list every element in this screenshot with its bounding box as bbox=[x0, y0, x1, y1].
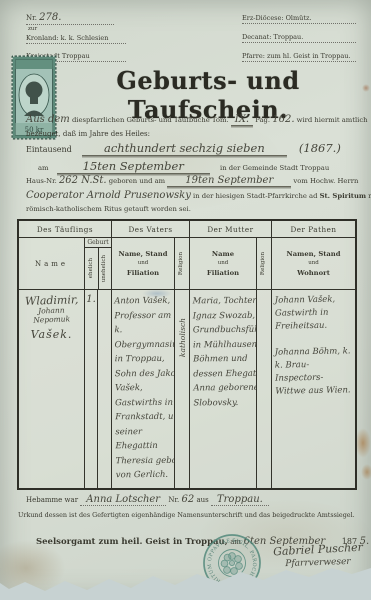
parish-seal: SIGIL. PAROCH. AD S. SPIRITUM OPPAVIAE bbox=[197, 528, 267, 598]
pfarre-line: Pfarre: zum hl. Geist in Troppau. bbox=[242, 52, 356, 62]
intro-hw-year-digits: (1867.) bbox=[299, 141, 341, 155]
cell-father: Anton Vašek, Professor am k. k. Obergymn… bbox=[112, 290, 175, 488]
dioecese-line: Erz-Diöcese: Olmütz. bbox=[242, 14, 356, 24]
emperor-portrait-icon bbox=[26, 82, 43, 99]
intro-hausnr-label: Haus-Nr. bbox=[26, 177, 57, 185]
intro-ritus: römisch-katholischem Ritus getauft worde… bbox=[26, 205, 191, 213]
intro-hw-year-words: achthundert sechzig sieben bbox=[82, 141, 287, 156]
paper-stain bbox=[361, 464, 371, 480]
intro-hw-birthdate: 15ten September bbox=[57, 159, 210, 174]
col-header-name: Name bbox=[19, 238, 85, 290]
col-header-vater-name: Name, Stand und Filiation bbox=[112, 238, 175, 290]
intro-kirche: in der hiesigen Stadt-Pfarrkirche ad bbox=[193, 192, 317, 200]
hebamme-name: Anna Lotscher bbox=[80, 494, 166, 506]
hebamme-nr-value: 62 bbox=[182, 494, 195, 505]
midwife-line: Hebamme war Anna Lotscher Nr. 62 aus Tro… bbox=[26, 494, 356, 505]
intro-printed-pag: Pag. bbox=[255, 116, 270, 124]
intro-geboren: geboren und am bbox=[109, 177, 165, 185]
nr-label: Nr. bbox=[26, 14, 37, 22]
cell-father-religion: katholisch bbox=[175, 290, 190, 488]
kronland-line: Kronland: k. k. Schlesien bbox=[26, 34, 126, 44]
cell-child-name: Wladimir, Johann Nepomuk Vašek. bbox=[19, 290, 85, 488]
paper-stain bbox=[355, 428, 371, 458]
document-number-line: Nr. 278. bbox=[26, 12, 114, 25]
intro-line-5: Haus-Nr. 262 N.St. geboren und am 19ten … bbox=[26, 175, 358, 186]
hebamme-ort: Troppau. bbox=[211, 494, 269, 506]
intro-line-7: römisch-katholischem Ritus getauft worde… bbox=[26, 205, 358, 213]
revenue-stamp: 50 kr bbox=[11, 55, 57, 140]
signature-block: Gabriel Puscher Pfarrverweser bbox=[266, 543, 370, 568]
hebamme-aus-label: aus bbox=[196, 496, 208, 504]
hebamme-nr-label: Nr. bbox=[168, 496, 179, 504]
intro-am: am bbox=[38, 164, 49, 172]
intro-printed-2: wird hiermit amtlich bbox=[297, 116, 368, 124]
intro-gemeinde: in der Gemeinde Stadt Troppau bbox=[220, 164, 329, 172]
intro-eintausend: Eintausend bbox=[26, 145, 72, 154]
signature-title: Pfarrverweser bbox=[266, 556, 370, 570]
intro-hw-hausnr: 262 N.St. bbox=[59, 175, 107, 186]
col-header-ehelich: ehelich bbox=[85, 248, 99, 289]
intro-line-1: Aus dem diespfarrlichen Geburts- und Tau… bbox=[26, 114, 358, 125]
intro-hw-priest: Cooperator Arnold Prusenowsky bbox=[26, 190, 191, 201]
cell-mother-religion bbox=[257, 290, 272, 488]
godparent-entry: Johann Vašek, Gastwirth in Freiheitsau. bbox=[275, 293, 353, 333]
intro-line-3: Eintausend achthundert sechzig sieben (1… bbox=[26, 141, 358, 155]
nr-value: 278. bbox=[39, 12, 61, 23]
intro-bezeuget: bezeuget, daß im Jahre des Heiles: bbox=[26, 130, 150, 138]
cell-godparents: Johann Vašek, Gastwirth in Freiheitsau. … bbox=[272, 290, 355, 488]
intro-st-spiritum: St. Spiritum bbox=[320, 192, 366, 200]
certificate-document: Nr. 278. zur Kronland: k. k. Schlesien K… bbox=[0, 0, 371, 600]
intro-line-2: bezeuget, daß im Jahre des Heiles: bbox=[26, 130, 358, 138]
paper-stain bbox=[362, 84, 370, 92]
attestation-line: Urkund dessen ist des Gefertigten eigenh… bbox=[18, 511, 354, 519]
group-header-vater: Des Vaters bbox=[112, 221, 190, 238]
decanat-line: Decanat: Troppau. bbox=[242, 33, 356, 43]
col-header-geburt: Geburt ehelich unehelich bbox=[85, 238, 112, 290]
intro-printed-1: diespfarrlichen Geburts- und Taufbuche T… bbox=[72, 116, 229, 124]
intro-line-4: am 15ten September in der Gemeinde Stadt… bbox=[26, 159, 358, 173]
intro-hw-pag-value: 162. bbox=[272, 114, 294, 125]
geburt-label: Geburt bbox=[85, 238, 111, 248]
col-header-mutter-religion: Religion bbox=[257, 238, 272, 290]
col-header-unehelich: unehelich bbox=[99, 248, 112, 289]
col-header-mutter-name: Name und Filiation bbox=[190, 238, 257, 290]
group-header-mutter: Der Mutter bbox=[190, 221, 272, 238]
paper-stain bbox=[0, 540, 66, 596]
intro-hw-aus-dem: Aus dem bbox=[26, 114, 70, 125]
header-right: Erz-Diöcese: Olmütz. Decanat: Troppau. P… bbox=[242, 14, 356, 71]
intro-line-6: Cooperator Arnold Prusenowsky in der hie… bbox=[26, 190, 358, 201]
group-header-taeufling: Des Täuflings bbox=[19, 221, 112, 238]
intro-hw-tom: IX. bbox=[231, 114, 253, 126]
zur-label: zur bbox=[28, 26, 126, 32]
intro-hw-baptism-date: 19ten September bbox=[167, 175, 291, 187]
cell-mother: Maria, Tochter des Ignaz Swozab, k.k. Gr… bbox=[190, 290, 257, 488]
cell-ehelich-mark: 1. bbox=[85, 290, 98, 488]
col-header-pathen-name: Namen, Stand und Wohnort bbox=[272, 238, 355, 290]
group-header-pathen: Der Pathen bbox=[272, 221, 355, 238]
cell-unehelich-mark bbox=[98, 290, 112, 488]
hebamme-label: Hebamme war bbox=[26, 496, 78, 504]
intro-vom-hochw: vom Hochw. Herrn bbox=[293, 177, 358, 185]
godparent-entry: Johanna Böhm, k. k. Brau-Inspectors-Witt… bbox=[275, 345, 353, 398]
baptism-record-table: Des Täuflings Des Vaters Der Mutter Der … bbox=[17, 219, 357, 490]
col-header-vater-religion: Religion bbox=[175, 238, 190, 290]
